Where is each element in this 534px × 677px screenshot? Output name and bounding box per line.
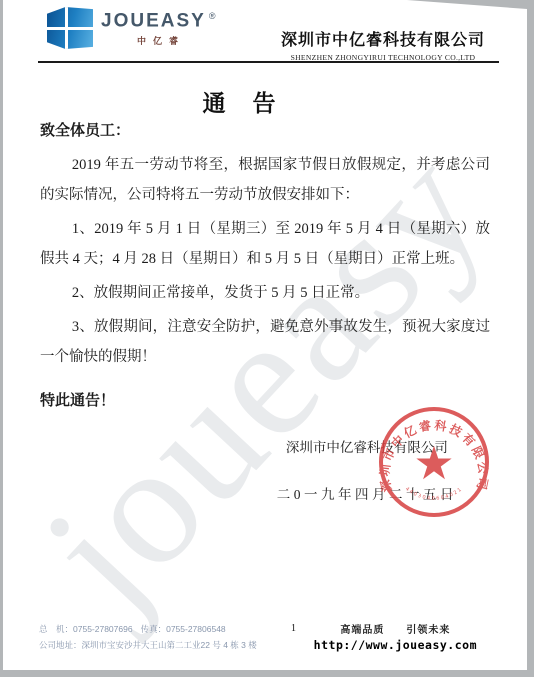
logo-text: JOUEASY® 中亿睿 (101, 5, 217, 47)
address-label: 公司地址： (39, 640, 82, 650)
footer: 总 机：0755-27807696传真：0755-27806548 公司地址：深… (39, 621, 477, 653)
address-value: 深圳市宝安沙井大王山第二工业22 号 4 栋 3 楼 (82, 640, 257, 650)
company-website-url: http://www.joueasy.com (314, 638, 477, 652)
company-name-block: 深圳市中亿睿科技有限公司 SHENZHEN ZHONGYIRUI TECHNOL… (281, 27, 485, 62)
brand-name-cn: 中亿睿 (137, 34, 217, 47)
footer-address-line: 公司地址：深圳市宝安沙井大王山第二工业22 号 4 栋 3 楼 (39, 637, 257, 653)
document-page: joueasy JOUEASY® 中亿睿 深圳市中亿睿科技有限公司 SHENZH… (3, 0, 527, 670)
fax-number: 0755-27806548 (166, 624, 226, 634)
list-item-3: 3、放假期间，注意安全防护，避免意外事故发生，预祝大家度过一个愉快的假期！ (40, 312, 490, 372)
header-divider (38, 61, 499, 63)
company-name-cn: 深圳市中亿睿科技有限公司 (281, 27, 485, 50)
list-item-2: 2、放假期间正常接单，发货于 5 月 5 日正常。 (40, 278, 490, 308)
footer-phone-line: 总 机：0755-27807696传真：0755-27806548 (39, 621, 257, 637)
signature-block: 深圳市中亿睿科技有限公司 二0一九年四月二十五日 (277, 436, 457, 503)
company-slogan: 高端品质 引领未来 (314, 621, 477, 636)
list-item-1: 1、2019 年 5 月 1 日（星期三）至 2019 年 5 月 4 日（星期… (40, 214, 490, 274)
company-logo: JOUEASY® 中亿睿 (47, 5, 217, 49)
phone-label: 总 机： (39, 624, 73, 634)
phone-number: 0755-27807696 (73, 624, 133, 634)
scan-edge-artifact (407, 0, 527, 9)
logo-cross-horizontal (47, 27, 93, 30)
notice-body: 致全体员工： 2019 年五一劳动节将至，根据国家节假日放假规定，并考虑公司的实… (40, 116, 490, 416)
fax-label: 传真： (141, 624, 167, 634)
logo-window-flag-icon (47, 7, 93, 49)
intro-paragraph: 2019 年五一劳动节将至，根据国家节假日放假规定，并考虑公司的实际情况，公司特… (40, 150, 490, 210)
registered-mark: ® (209, 11, 218, 21)
brand-row: JOUEASY® (101, 5, 217, 32)
brand-name: JOUEASY (101, 10, 206, 31)
page-number: 1 (291, 623, 296, 634)
footer-brand-block: 高端品质 引领未来 http://www.joueasy.com (314, 621, 477, 652)
notice-title: 通 告 (3, 85, 477, 118)
salutation: 致全体员工： (40, 116, 490, 146)
signature-company: 深圳市中亿睿科技有限公司 (277, 436, 457, 456)
footer-contact: 总 机：0755-27807696传真：0755-27806548 公司地址：深… (39, 621, 257, 653)
closing-line: 特此通告！ (40, 386, 490, 416)
signature-date: 二0一九年四月二十五日 (277, 483, 457, 503)
